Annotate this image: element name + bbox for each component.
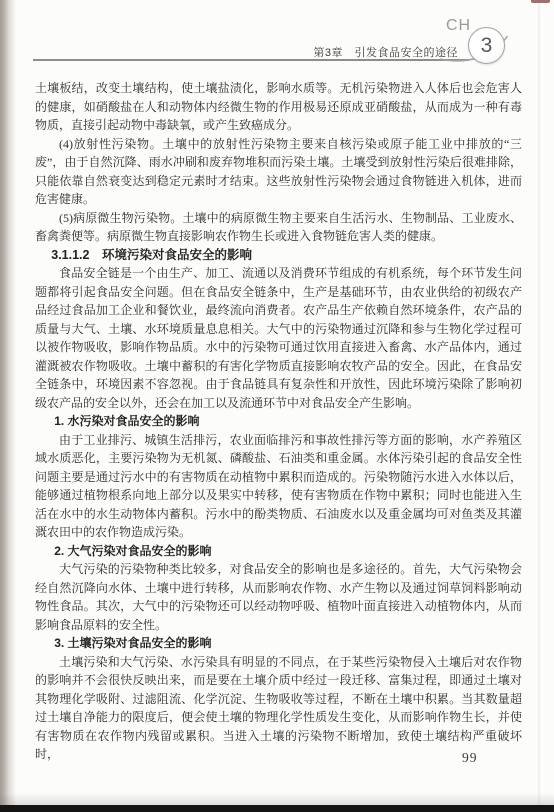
page-fold-line: [538, 0, 541, 812]
paragraph: (4)放射性污染物。土壤中的放射性污染物主要来自核污染或原子能工业中排放的“三废…: [35, 135, 522, 209]
section-heading: 3.1.1.2 环境污染对食品安全的影响: [35, 246, 522, 265]
paragraph: 由于工业排污、城镇生活排污，农业面临排污和事故性排污等方面的影响，水产养殖区域水…: [35, 431, 522, 542]
scan-artifact-mark: [531, 0, 550, 3]
paragraph: 大气污染的污染物种类比较多，对食品安全的影响也是多途径的。首先，大气污染物会经自…: [35, 560, 522, 634]
paragraph: (5)病原微生物污染物。土壤中的病原微生物主要来自生活污水、生物制品、工业废水、…: [35, 209, 522, 246]
chapter-badge-ch-label: CH: [446, 17, 471, 35]
subsection-heading: 3. 土壤污染对食品安全的影响: [35, 634, 522, 653]
book-page: 第3章 引发食品安全的途径 3 CH 土壤板结，改变土壤结构，使土壤盐渍化，影响…: [0, 0, 554, 812]
page-left-edge-shadow: [0, 0, 16, 812]
running-head-chapter-title: 第3章 引发食品安全的途径: [313, 44, 458, 60]
page-bottom-shadow: [0, 793, 554, 805]
paragraph: 食品安全链是一个由生产、加工、流通以及消费环节组成的有机系统，每个环节发生问题都…: [35, 264, 522, 412]
subsection-heading: 1. 水污染对食品安全的影响: [35, 412, 522, 431]
subsection-heading: 2. 大气污染对食品安全的影响: [35, 542, 522, 561]
chapter-number: 3: [481, 35, 493, 56]
scan-bottom-bar: [0, 805, 554, 812]
paragraph: 土壤污染和大气污染、水污染具有明显的不同点，在于某些污染物侵入土壤后对农作物的影…: [35, 653, 522, 764]
page-number: 99: [462, 750, 478, 766]
page-body-text: 土壤板结，改变土壤结构，使土壤盐渍化，影响水质等。无机污染物进入人体后也会危害人…: [35, 79, 522, 764]
chapter-number-badge: 3: [468, 27, 505, 64]
header-rule: [33, 59, 469, 61]
paragraph: 土壤板结，改变土壤结构，使土壤盐渍化，影响水质等。无机污染物进入人体后也会危害人…: [35, 79, 522, 135]
